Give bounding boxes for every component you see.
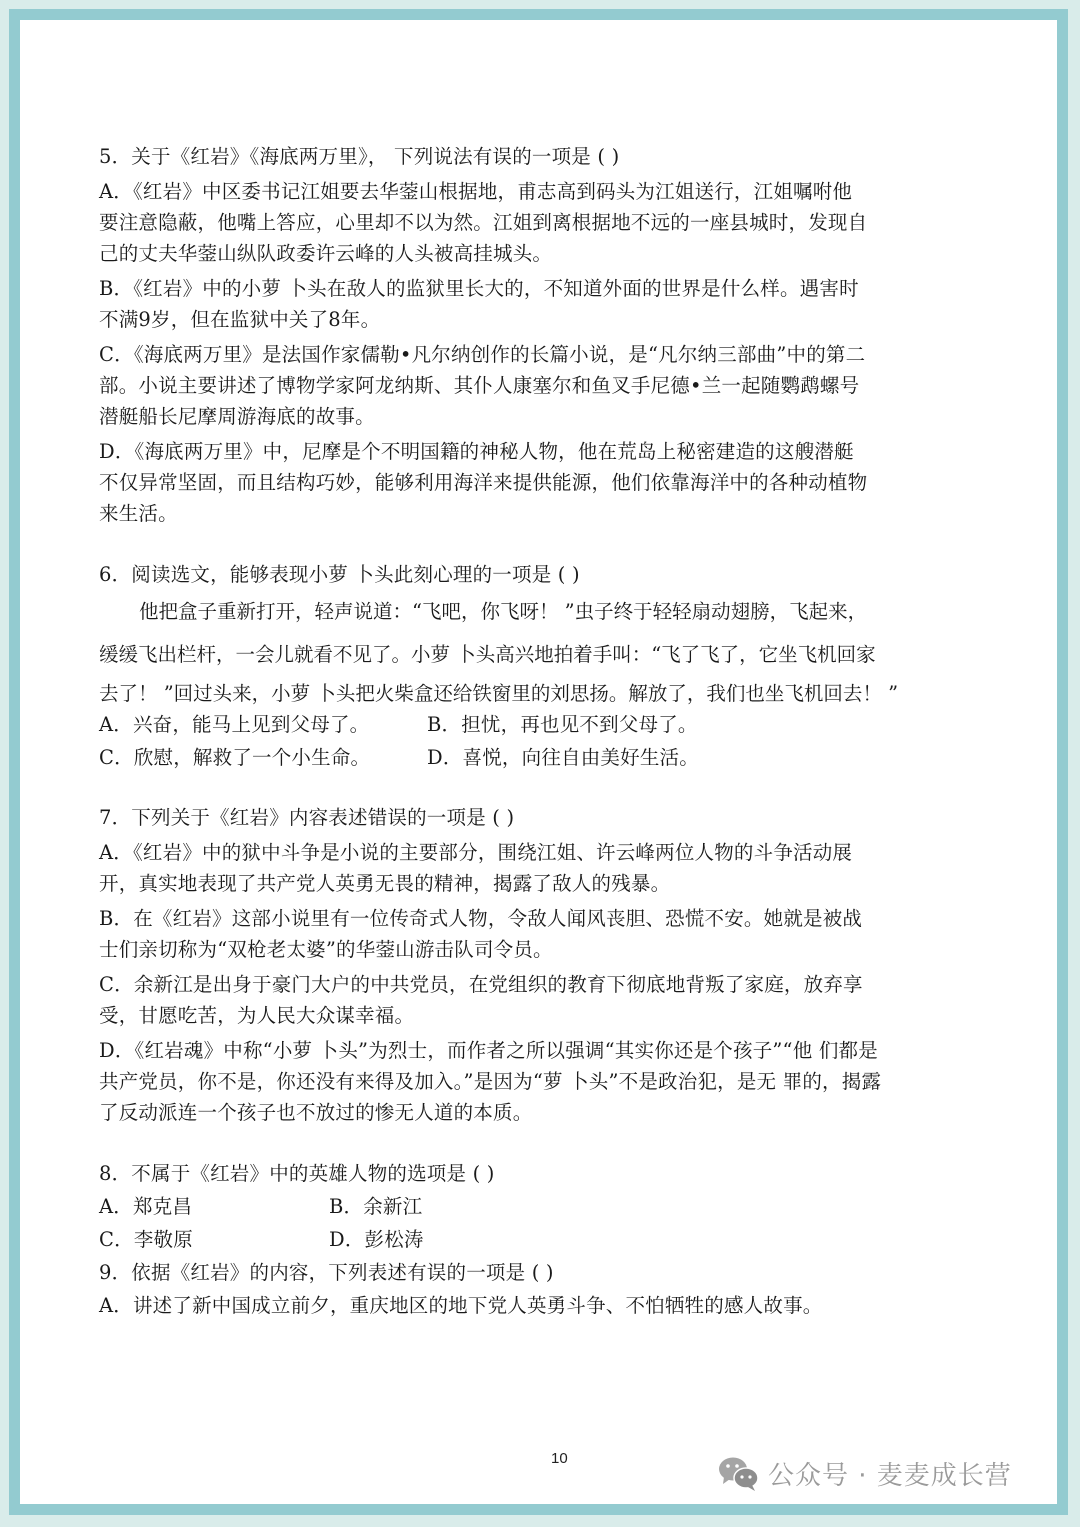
option-line: 不仅异常坚固，而且结构巧妙，能够利用海洋来提供能源，他们依靠海洋中的各种动植物 — [99, 467, 955, 498]
spacer — [99, 529, 955, 559]
option-b: B．《红岩》中的小萝 卜头在敌人的监狱里长大的，不知道外面的世界是什么样。遇害时… — [99, 273, 955, 335]
spacer — [99, 773, 955, 802]
question-stem: 7．下列关于《红岩》内容表述错误的一项是 ( ) — [99, 802, 955, 833]
options-row: A．郑克昌 B．余新江 — [99, 1191, 955, 1222]
option-line: 部。小说主要讲述了博物学家阿龙纳斯、其仆人康塞尔和鱼叉手尼德•兰一起随鹦鹉螺号 — [99, 370, 955, 401]
wechat-icon — [718, 1456, 760, 1492]
option-line: 己的丈夫华蓥山纵队政委许云峰的人头被高挂城头。 — [99, 238, 955, 269]
option-line: 开，真实地表现了共产党人英勇无畏的精神，揭露了敌人的残暴。 — [99, 868, 955, 899]
option-line: 士们亲切称为“双枪老太婆”的华蓥山游击队司令员。 — [99, 934, 955, 965]
question-stem: 6．阅读选文，能够表现小萝 卜头此刻心理的一项是 ( ) — [99, 559, 955, 590]
document-content: 5．关于《红岩》《海底两万里》， 下列说法有误的一项是 ( ) A．《红岩》中区… — [99, 141, 955, 1321]
option-a: A．郑克昌 — [99, 1191, 329, 1222]
option-line: C．余新江是出身于豪门大户的中共党员，在党组织的教育下彻底地背叛了家庭，放弃享 — [99, 969, 955, 1000]
option-line: D．《红岩魂》中称“小萝 卜头”为烈士，而作者之所以强调“其实你还是个孩子”“他… — [99, 1035, 955, 1066]
option-line: 受，甘愿吃苦，为人民大众谋幸福。 — [99, 1000, 955, 1031]
question-5: 5．关于《红岩》《海底两万里》， 下列说法有误的一项是 ( ) A．《红岩》中区… — [99, 141, 955, 529]
option-line: D．《海底两万里》中，尼摩是个不明国籍的神秘人物，他在荒岛上秘密建造的这艘潜艇 — [99, 436, 955, 467]
question-6: 6．阅读选文，能够表现小萝 卜头此刻心理的一项是 ( ) 他把盒子重新打开，轻声… — [99, 559, 955, 773]
option-a: A．兴奋，能马上见到父母了。 — [99, 709, 427, 740]
option-b: B．在《红岩》这部小说里有一位传奇式人物，令敌人闻风丧胆、恐慌不安。她就是被战 … — [99, 903, 955, 965]
option-line: A．《红岩》中的狱中斗争是小说的主要部分，围绕江姐、许云峰两位人物的斗争活动展 — [99, 837, 955, 868]
option-line: B．在《红岩》这部小说里有一位传奇式人物，令敌人闻风丧胆、恐慌不安。她就是被战 — [99, 903, 955, 934]
option-c: C．李敬原 — [99, 1224, 329, 1255]
options-row: C．李敬原 D．彭松涛 — [99, 1224, 955, 1255]
spacer — [99, 1128, 955, 1158]
option-c: C．余新江是出身于豪门大户的中共党员，在党组织的教育下彻底地背叛了家庭，放弃享 … — [99, 969, 955, 1031]
option-a: A．《红岩》中区委书记江姐要去华蓥山根据地，甫志高到码头为江姐送行，江姐嘱咐他 … — [99, 176, 955, 269]
page-number: 10 — [551, 1450, 568, 1467]
option-a: A．讲述了新中国成立前夕，重庆地区的地下党人英勇斗争、不怕牺牲的感人故事。 — [99, 1290, 955, 1321]
option-a: A．《红岩》中的狱中斗争是小说的主要部分，围绕江姐、许云峰两位人物的斗争活动展 … — [99, 837, 955, 899]
option-b: B．担忧，再也见不到父母了。 — [427, 709, 698, 740]
reading-passage: 他把盒子重新打开，轻声说道：“飞吧，你飞呀！ ”虫子终于轻轻扇动翅膀，飞起来， … — [99, 590, 955, 715]
option-line: 不满9岁，但在监狱中关了8年。 — [99, 304, 955, 335]
option-line: 潜艇船长尼摩周游海底的故事。 — [99, 401, 955, 432]
question-8: 8．不属于《红岩》中的英雄人物的选项是 ( ) A．郑克昌 B．余新江 C．李敬… — [99, 1158, 955, 1255]
option-line: A．《红岩》中区委书记江姐要去华蓥山根据地，甫志高到码头为江姐送行，江姐嘱咐他 — [99, 176, 955, 207]
passage-line: 缓缓飞出栏杆，一会儿就看不见了。小萝 卜头高兴地拍着手叫：“飞了飞了，它坐飞机回… — [99, 633, 955, 676]
question-9: 9．依据《红岩》的内容，下列表述有误的一项是 ( ) A．讲述了新中国成立前夕，… — [99, 1257, 955, 1321]
option-line: B．《红岩》中的小萝 卜头在敌人的监狱里长大的，不知道外面的世界是什么样。遇害时 — [99, 273, 955, 304]
options-row: C．欣慰，解救了一个小生命。 D．喜悦，向往自由美好生活。 — [99, 742, 955, 773]
option-b: B．余新江 — [329, 1191, 422, 1222]
passage-line: 他把盒子重新打开，轻声说道：“飞吧，你飞呀！ ”虫子终于轻轻扇动翅膀，飞起来， — [99, 590, 955, 633]
question-stem: 8．不属于《红岩》中的英雄人物的选项是 ( ) — [99, 1158, 955, 1189]
page-frame: 5．关于《红岩》《海底两万里》， 下列说法有误的一项是 ( ) A．《红岩》中区… — [9, 9, 1068, 1515]
option-d: D．彭松涛 — [329, 1224, 424, 1255]
option-line: 共产党员，你不是，你还没有来得及加入。”是因为“萝 卜头”不是政治犯，是无 罪的… — [99, 1066, 955, 1097]
option-line: 要注意隐蔽，他嘴上答应，心里却不以为然。江姐到离根据地不远的一座县城时，发现自 — [99, 207, 955, 238]
watermark-text: 公众号 · 麦麦成长营 — [768, 1455, 1012, 1492]
option-c: C．《海底两万里》是法国作家儒勒•凡尔纳创作的长篇小说，是“凡尔纳三部曲”中的第… — [99, 339, 955, 432]
option-line: 来生活。 — [99, 498, 955, 529]
option-d: D．《海底两万里》中，尼摩是个不明国籍的神秘人物，他在荒岛上秘密建造的这艘潜艇 … — [99, 436, 955, 529]
document-page: 5．关于《红岩》《海底两万里》， 下列说法有误的一项是 ( ) A．《红岩》中区… — [20, 20, 1057, 1504]
question-7: 7．下列关于《红岩》内容表述错误的一项是 ( ) A．《红岩》中的狱中斗争是小说… — [99, 802, 955, 1128]
question-stem: 9．依据《红岩》的内容，下列表述有误的一项是 ( ) — [99, 1257, 955, 1288]
option-d: D．《红岩魂》中称“小萝 卜头”为烈士，而作者之所以强调“其实你还是个孩子”“他… — [99, 1035, 955, 1128]
question-stem: 5．关于《红岩》《海底两万里》， 下列说法有误的一项是 ( ) — [99, 141, 955, 172]
option-line: C．《海底两万里》是法国作家儒勒•凡尔纳创作的长篇小说，是“凡尔纳三部曲”中的第… — [99, 339, 955, 370]
option-c: C．欣慰，解救了一个小生命。 — [99, 742, 427, 773]
option-line: 了反动派连一个孩子也不放过的惨无人道的本质。 — [99, 1097, 955, 1128]
watermark: 公众号 · 麦麦成长营 — [718, 1455, 1012, 1492]
option-d: D．喜悦，向往自由美好生活。 — [427, 742, 699, 773]
